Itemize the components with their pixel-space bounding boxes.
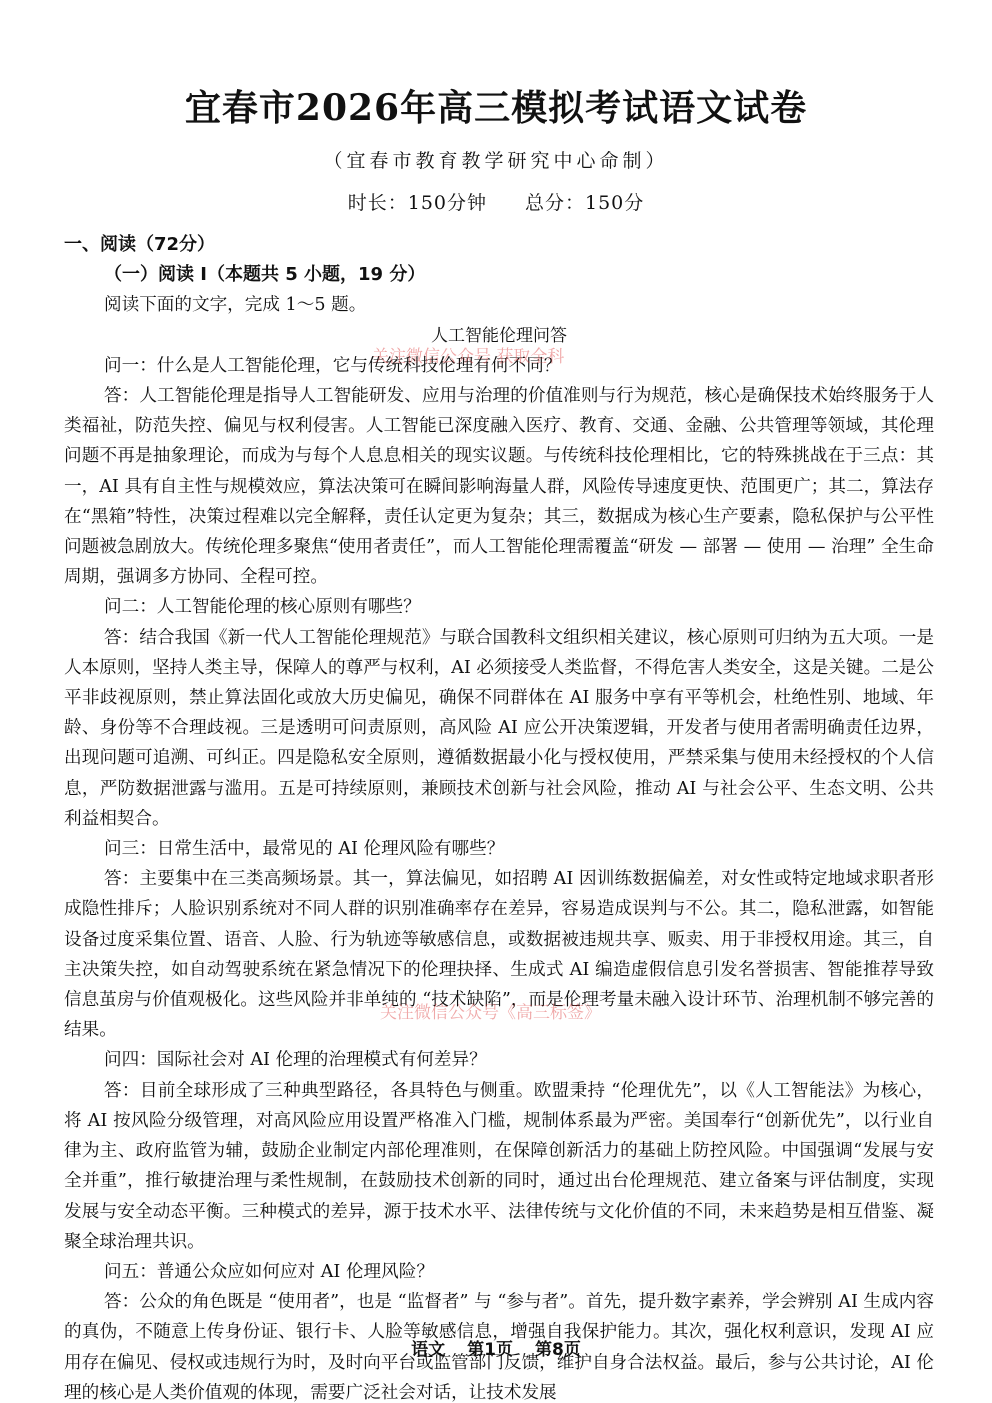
exam-issuer: （宜春市教育教学研究中心命制） [0, 146, 992, 173]
exam-meta: 时长：150分钟总分：150分 [0, 188, 992, 215]
footer-total-pages: 第8页 [535, 1340, 581, 1360]
subsection-heading: （一）阅读 I（本题共 5 小题，19 分） [64, 260, 934, 290]
answer-1: 答：人工智能伦理是指导人工智能研发、应用与治理的价值准则与行为规范，核心是确保技… [64, 381, 934, 592]
question-4: 问四：国际社会对 AI 伦理的治理模式有何差异？ [64, 1045, 934, 1075]
answer-3: 答：主要集中在三类高频场景。其一，算法偏见，如招聘 AI 因训练数据偏差，对女性… [64, 864, 934, 1045]
question-5: 问五：普通公众应如何应对 AI 伦理风险？ [64, 1257, 934, 1287]
question-1: 问一：什么是人工智能伦理，它与传统科技伦理有何不同？ [64, 351, 934, 381]
exam-duration: 时长：150分钟 [348, 192, 487, 214]
exam-title: 宜春市2026年高三模拟考试语文试卷 [0, 80, 992, 131]
instruction: 阅读下面的文字，完成 1～5 题。 [64, 290, 934, 320]
question-3: 问三：日常生活中，最常见的 AI 伦理风险有哪些？ [64, 834, 934, 864]
page-footer: 语文第1页第8页 [0, 1335, 992, 1360]
exam-body: 一、阅读（72分） （一）阅读 I（本题共 5 小题，19 分） 阅读下面的文字… [64, 230, 934, 1403]
section-heading: 一、阅读（72分） [64, 230, 934, 260]
footer-page-number: 第1页 [467, 1340, 513, 1360]
footer-subject: 语文 [411, 1340, 445, 1360]
answer-2: 答：结合我国《新一代人工智能伦理规范》与联合国教科文组织相关建议，核心原则可归纳… [64, 623, 934, 834]
exam-total-score: 总分：150分 [525, 192, 644, 214]
question-2: 问二：人工智能伦理的核心原则有哪些？ [64, 592, 934, 622]
answer-4: 答：目前全球形成了三种典型路径，各具特色与侧重。欧盟秉持 “伦理优先”，以《人工… [64, 1076, 934, 1257]
article-title: 人工智能伦理问答 [64, 321, 934, 351]
